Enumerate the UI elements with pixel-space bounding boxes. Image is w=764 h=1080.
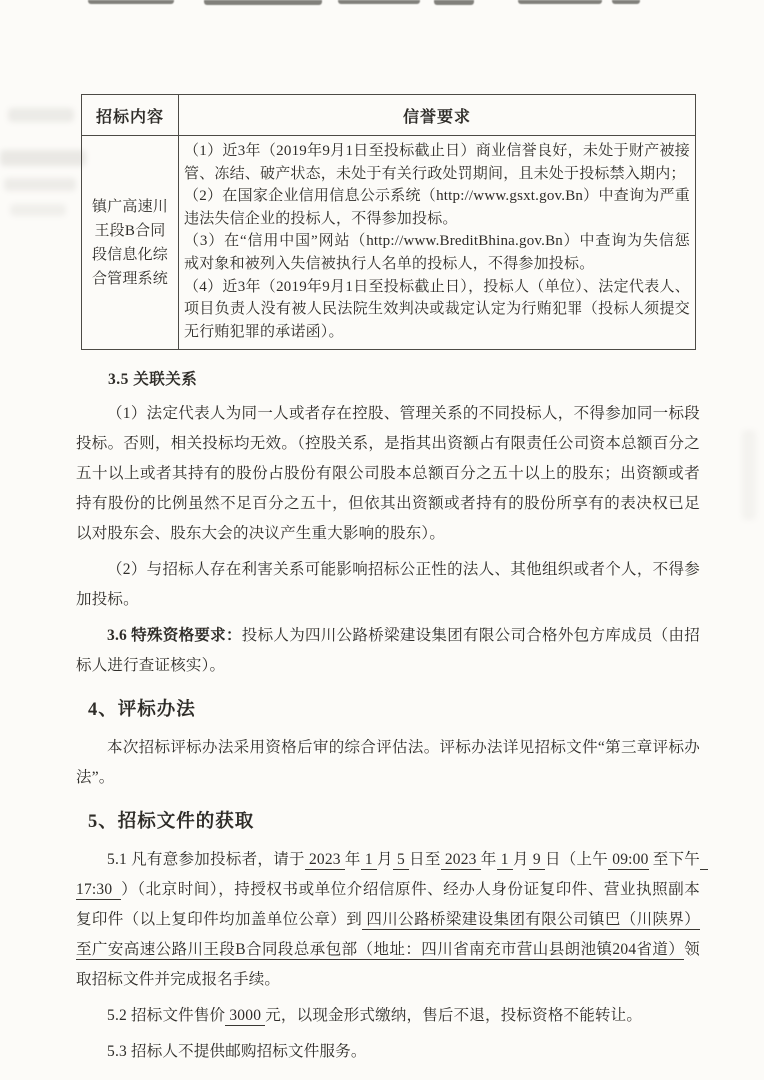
- section-3-5-paragraph-2: （2）与招标人存在利害关系可能影响招标公正性的法人、其他组织或者个人，不得参加投…: [76, 555, 700, 615]
- section-4-paragraph: 本次招标评标办法采用资格后审的综合评估法。评标办法详见招标文件“第三章评标办法”…: [76, 733, 700, 793]
- header-credit-requirements: 信誉要求: [179, 95, 696, 136]
- text-segment: 5.1 凡有意参加投标者，请于: [107, 851, 305, 868]
- requirements-cell: （1）近3年（2019年9月1日至投标截止日）商业信誉良好，未处于财产被接管、冻…: [179, 136, 696, 350]
- filled-blank: 5: [393, 851, 409, 870]
- table-row: 镇广高速川王段B合同段信息化综合管理系统 （1）近3年（2019年9月1日至投标…: [82, 136, 696, 350]
- filled-blank: 1: [361, 851, 377, 870]
- section-3-6-label: 3.6 特殊资格要求：: [107, 627, 242, 644]
- section-3-5-heading: 3.5 关联关系: [108, 367, 700, 393]
- requirement-item: （4）近3年（2019年9月1日至投标截止日），投标人（单位）、法定代表人、项目…: [184, 276, 690, 344]
- filled-blank: 2023: [305, 851, 345, 870]
- document-page: 招标内容 信誉要求 镇广高速川王段B合同段信息化综合管理系统 （1）近3年（20…: [0, 0, 764, 1080]
- filled-blank: 3000: [225, 1007, 265, 1026]
- text-segment: 日至: [409, 851, 441, 868]
- ink-bleed-artifact: [10, 204, 66, 216]
- text-segment: 日（上午: [545, 851, 608, 868]
- text-segment: 月: [513, 851, 529, 868]
- header-bid-content: 招标内容: [82, 95, 179, 136]
- text-segment: 年: [345, 851, 361, 868]
- text-segment: 至下午: [649, 851, 700, 868]
- ink-bleed-artifact: [0, 150, 86, 166]
- filled-blank: 1: [497, 851, 513, 870]
- section-4-heading: 4、评标办法: [88, 696, 700, 724]
- ink-bleed-artifact: [742, 430, 756, 520]
- requirement-item: （1）近3年（2019年9月1日至投标截止日）商业信誉良好，未处于财产被接管、冻…: [184, 140, 690, 185]
- section-3-6-paragraph: 3.6 特殊资格要求：投标人为四川公路桥梁建设集团有限公司合格外包方库成员（由招…: [76, 621, 700, 681]
- text-segment: 元，以现金形式缴纳，售后不退，投标资格不能转让。: [265, 1007, 642, 1024]
- text-segment: 年: [481, 851, 497, 868]
- scan-edge-artifacts: [0, 0, 764, 10]
- text-segment: 月: [377, 851, 393, 868]
- table-header-row: 招标内容 信誉要求: [82, 95, 696, 136]
- filled-blank: 2023: [441, 851, 481, 870]
- credit-requirements-table: 招标内容 信誉要求 镇广高速川王段B合同段信息化综合管理系统 （1）近3年（20…: [81, 94, 696, 350]
- section-5-1-paragraph: 5.1 凡有意参加投标者，请于 2023 年 1 月 5 日至 2023 年 1…: [76, 845, 700, 995]
- requirement-item: （3）在“信用中国”网站（http://www.BreditBhina.gov.…: [184, 230, 690, 275]
- section-5-3-paragraph: 5.3 招标人不提供邮购招标文件服务。: [76, 1037, 700, 1067]
- filled-blank: 9: [529, 851, 545, 870]
- ink-bleed-artifact: [8, 108, 74, 122]
- text-segment: 5.2 招标文件售价: [107, 1007, 225, 1024]
- document-body: 招标内容 信誉要求 镇广高速川王段B合同段信息化综合管理系统 （1）近3年（20…: [76, 94, 700, 1073]
- ink-bleed-artifact: [4, 178, 76, 191]
- filled-blank: 09:00: [608, 851, 648, 870]
- section-5-heading: 5、招标文件的获取: [88, 808, 700, 836]
- section-5-2-paragraph: 5.2 招标文件售价 3000 元，以现金形式缴纳，售后不退，投标资格不能转让。: [76, 1001, 700, 1031]
- section-3-5-paragraph-1: （1）法定代表人为同一人或者存在控股、管理关系的不同投标人，不得参加同一标段投标…: [76, 399, 700, 549]
- requirement-item: （2）在国家企业信用信息公示系统（http://www.gsxt.gov.Bn）…: [184, 185, 690, 230]
- project-name-cell: 镇广高速川王段B合同段信息化综合管理系统: [82, 136, 179, 350]
